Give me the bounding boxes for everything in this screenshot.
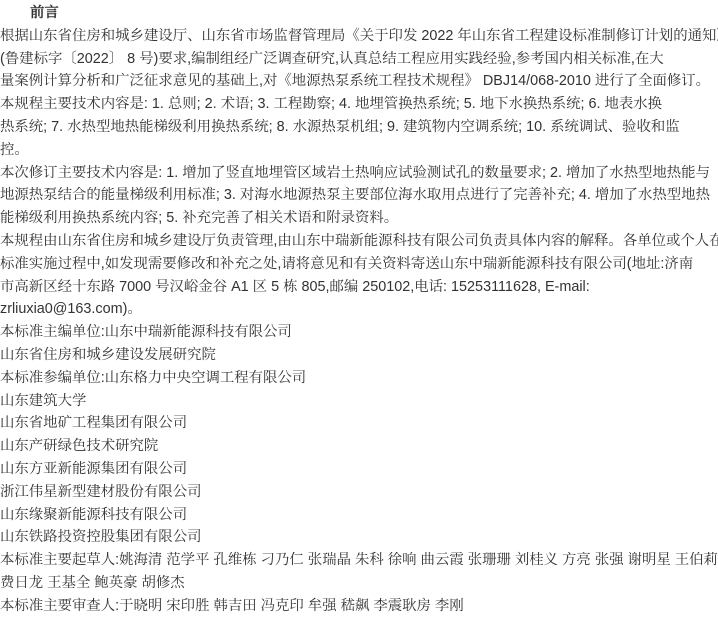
text-line: 地源热泵结合的能量梯级利用标准; 3. 对海水地源热泵主要部位海水取用点进行了完… bbox=[0, 184, 718, 207]
text-line: 能梯级利用换热系统内容; 5. 补充完善了相关术语和附录资料。 bbox=[0, 207, 718, 230]
text-line: 本规程主要技术内容是: 1. 总则; 2. 术语; 3. 工程勘察; 4. 地埋… bbox=[0, 93, 718, 116]
text-line: 本规程由山东省住房和城乡建设厅负责管理,由山东中瑞新能源科技有限公司负责具体内容… bbox=[0, 230, 718, 253]
text-line: 热系统; 7. 水热型地热能梯级利用换热系统; 8. 水源热泵机组; 9. 建筑… bbox=[0, 116, 718, 139]
text-line: 控。 bbox=[0, 139, 718, 162]
participating-unit-line: 山东铁路投资控股集团有限公司 bbox=[0, 526, 718, 549]
text-line: zrliuxia0@163.com)。 bbox=[0, 298, 718, 321]
participating-unit-line: 山东缘聚新能源科技有限公司 bbox=[0, 504, 718, 527]
preface-document: 前言 根据山东省住房和城乡建设厅、山东省市场监督管理局《关于印发 2022 年山… bbox=[0, 0, 718, 619]
text-line: 本次修订主要技术内容是: 1. 增加了竖直地埋管区域岩土热响应试验测试孔的数量要… bbox=[0, 162, 718, 185]
participating-unit-line: 浙江伟星新型建材股份有限公司 bbox=[0, 481, 718, 504]
participating-unit-line: 本标准参编单位:山东格力中央空调工程有限公司 bbox=[0, 367, 718, 390]
text-line: 标准实施过程中,如发现需要修改和补充之处,请将意见和有关资料寄送山东中瑞新能源科… bbox=[0, 253, 718, 276]
text-line: 市高新区经十东路 7000 号汉峪金谷 A1 区 5 栋 805,邮编 2501… bbox=[0, 276, 718, 299]
drafters-line: 费日龙 王基全 鲍英豪 胡修杰 bbox=[0, 572, 718, 595]
participating-unit-line: 山东方亚新能源集团有限公司 bbox=[0, 458, 718, 481]
text-line: 根据山东省住房和城乡建设厅、山东省市场监督管理局《关于印发 2022 年山东省工… bbox=[0, 25, 718, 48]
text-line: (鲁建标字〔2022〕 8 号)要求,编制组经广泛调查研究,认真总结工程应用实践… bbox=[0, 48, 718, 71]
reviewers-line: 本标准主要审查人:于晓明 宋印胜 韩吉田 冯克印 牟强 嵇飙 李震耿房 李刚 bbox=[0, 595, 718, 618]
text-line: 量案例计算分析和广泛征求意见的基础上,对《地源热泵系统工程技术规程》 DBJ14… bbox=[0, 70, 718, 93]
chief-editor-unit-line: 本标准主编单位:山东中瑞新能源科技有限公司 bbox=[0, 321, 718, 344]
chief-editor-unit-line: 山东省住房和城乡建设发展研究院 bbox=[0, 344, 718, 367]
participating-unit-line: 山东产研绿色技术研究院 bbox=[0, 435, 718, 458]
preface-heading: 前言 bbox=[0, 2, 718, 25]
participating-unit-line: 山东建筑大学 bbox=[0, 390, 718, 413]
drafters-line: 本标准主要起草人:姚海清 范学平 孔维栋 刁乃仁 张瑞晶 朱科 徐响 曲云霞 张… bbox=[0, 549, 718, 572]
participating-unit-line: 山东省地矿工程集团有限公司 bbox=[0, 412, 718, 435]
